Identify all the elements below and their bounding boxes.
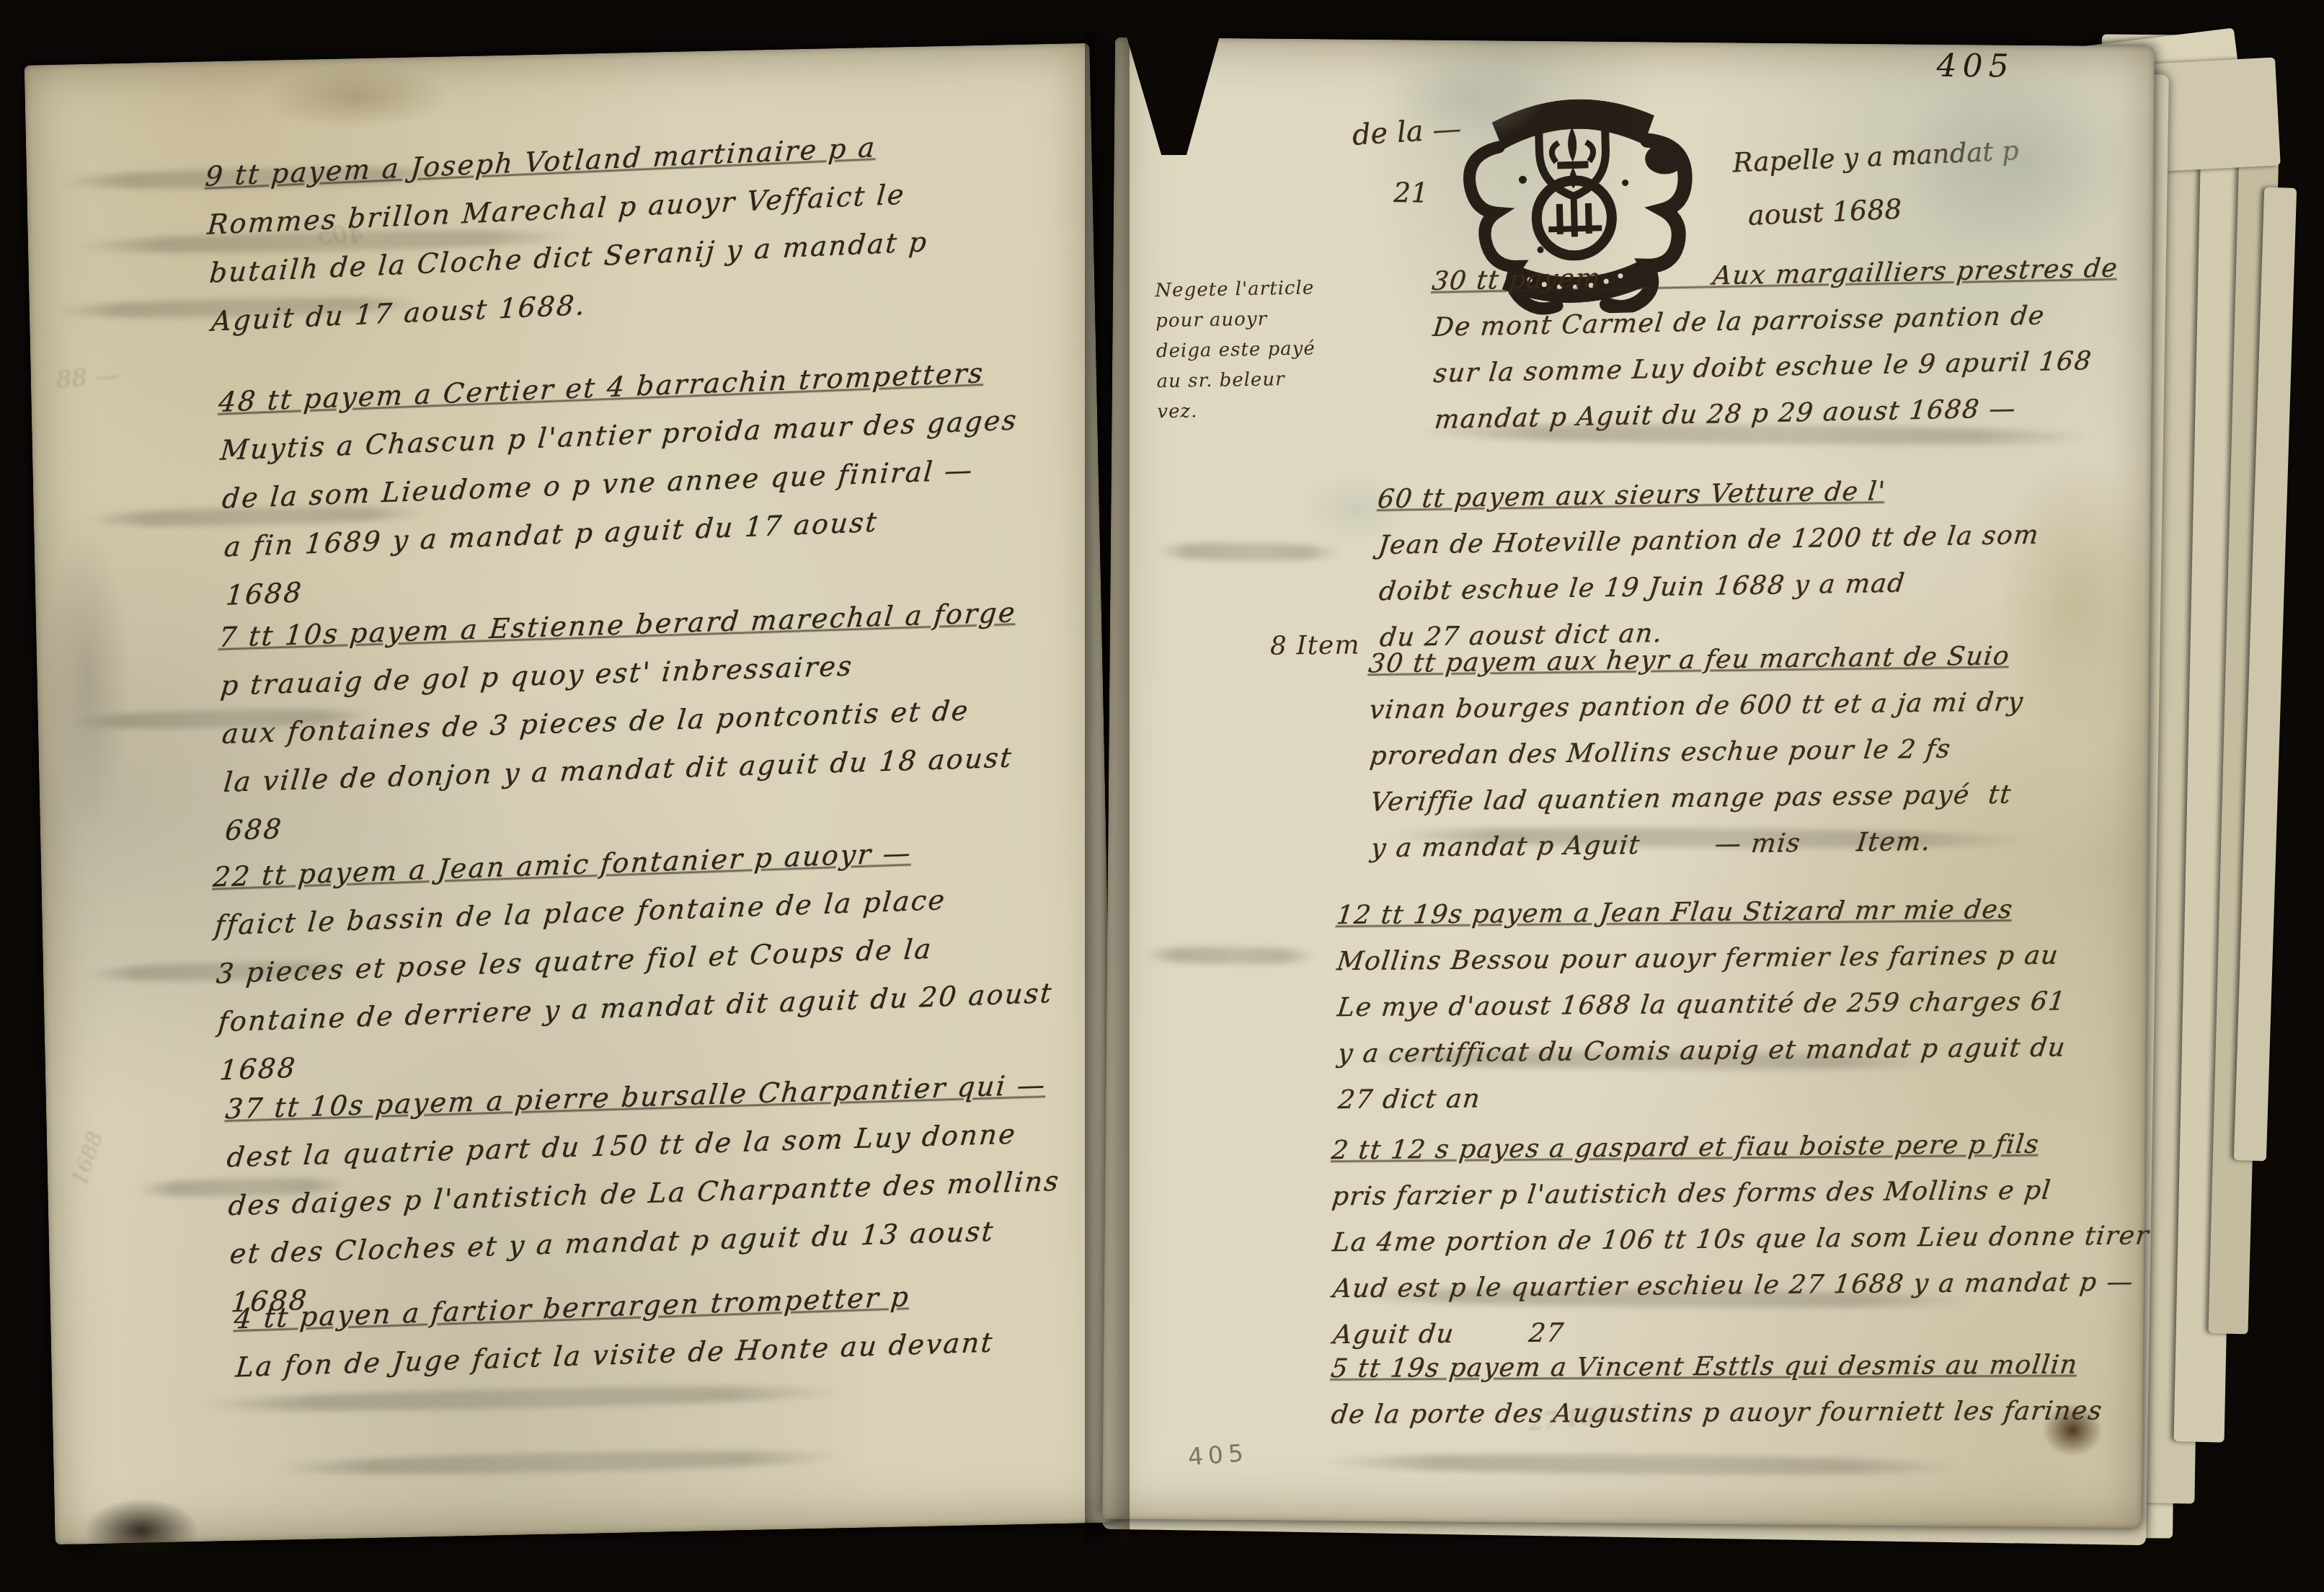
manuscript-line: proredan des Mollins eschue pour le 2 fs — [1367, 725, 2027, 779]
margin-note-line: 8 Item — [1270, 631, 1360, 662]
margin-note-line: Negete l'article — [1155, 273, 1315, 306]
margin-note-line: au sr. beleur — [1156, 363, 1316, 397]
header-right-line: aoust 1688 — [1747, 193, 1902, 231]
ledger-entry: 48 tt payem a Certier et 4 barrachin tro… — [218, 348, 1024, 619]
page-number-pencil: 405 — [1187, 1438, 1249, 1471]
ledger-entry: 22 tt payem a Jean amic fontanier p auoy… — [212, 824, 1055, 1094]
ledger-entry: 30 tt payem Aux margailliers prestres de… — [1432, 246, 2121, 443]
right-page: de la — 21 Rapelle y a mandat p aoust 16… — [1102, 37, 2155, 1529]
manuscript-line: y a mandat p Aguit — mis Item. — [1368, 818, 2028, 872]
manuscript-line: Le mye d'aoust 1688 la quantité de 259 c… — [1335, 978, 2069, 1031]
margin-note: Negete l'articlepour auoyrdeiga este pay… — [1155, 273, 1316, 427]
manuscript-line: 12 tt 19s payem a Jean Flau Stizard mr m… — [1334, 886, 2068, 939]
manuscript-line: La 4me portion de 106 tt 10s que la som … — [1330, 1213, 2152, 1266]
manuscript-book-spread: 405 88 — 1688 9 tt payem a Joseph Votlan… — [0, 0, 2324, 1592]
manuscript-line: de la porte des Augustins p auoyr fourni… — [1329, 1388, 2105, 1438]
manuscript-line: 27 dict an — [1336, 1071, 2070, 1123]
ledger-entry: 5 tt 19s payem a Vincent Esttls qui desm… — [1331, 1342, 2103, 1438]
ledger-entry: 30 tt payem aux heyr a feu marchant de S… — [1368, 633, 2026, 872]
manuscript-line: pris farzier p l'autistich des forms des… — [1329, 1167, 2151, 1220]
header-left-line: 21 — [1393, 177, 1429, 208]
margin-note-line: pour auoyr — [1156, 303, 1316, 336]
manuscript-line: y a certifficat du Comis aupig et mandat… — [1335, 1025, 2069, 1077]
bleed-through-number: 1688 — [67, 1128, 109, 1189]
manuscript-line: Aud est p le quartier eschieu le 27 1688… — [1330, 1259, 2152, 1312]
manuscript-line: Veriffie lad quantien mange pas esse pay… — [1368, 771, 2028, 826]
margin-note-line: deiga este payé — [1156, 333, 1316, 366]
manuscript-line: Mollins Bessou pour auoyr fermier les fa… — [1334, 932, 2068, 985]
left-page: 405 88 — 1688 9 tt payem a Joseph Votlan… — [25, 43, 1121, 1545]
margin-note: 8 Item — [1270, 631, 1360, 662]
ledger-entry: 2 tt 12 s payes a gaspard et fiau boiste… — [1331, 1120, 2150, 1358]
manuscript-line: 30 tt payem aux heyr a feu marchant de S… — [1366, 633, 2026, 687]
ledger-entry: 60 tt payem aux sieurs Vetture de l'Jean… — [1378, 466, 2041, 661]
manuscript-line: 5 tt 19s payem a Vincent Esttls qui desm… — [1329, 1342, 2105, 1392]
ledger-entry: 7 tt 10s payem a Estienne berard marecha… — [218, 588, 1024, 855]
ledger-entry: 9 tt payem a Joseph Votland martinaire p… — [204, 121, 931, 345]
margin-note-line: vez. — [1157, 394, 1317, 427]
book-gutter — [1085, 32, 1130, 1543]
manuscript-line: 2 tt 12 s payes a gaspard et fiau boiste… — [1329, 1120, 2151, 1174]
bleed-through-number: 88 — — [55, 361, 120, 394]
manuscript-line: vinan bourges pantion de 600 tt et a ja … — [1367, 679, 2026, 733]
ledger-entry: 12 tt 19s payem a Jean Flau Stizard mr m… — [1336, 886, 2067, 1123]
